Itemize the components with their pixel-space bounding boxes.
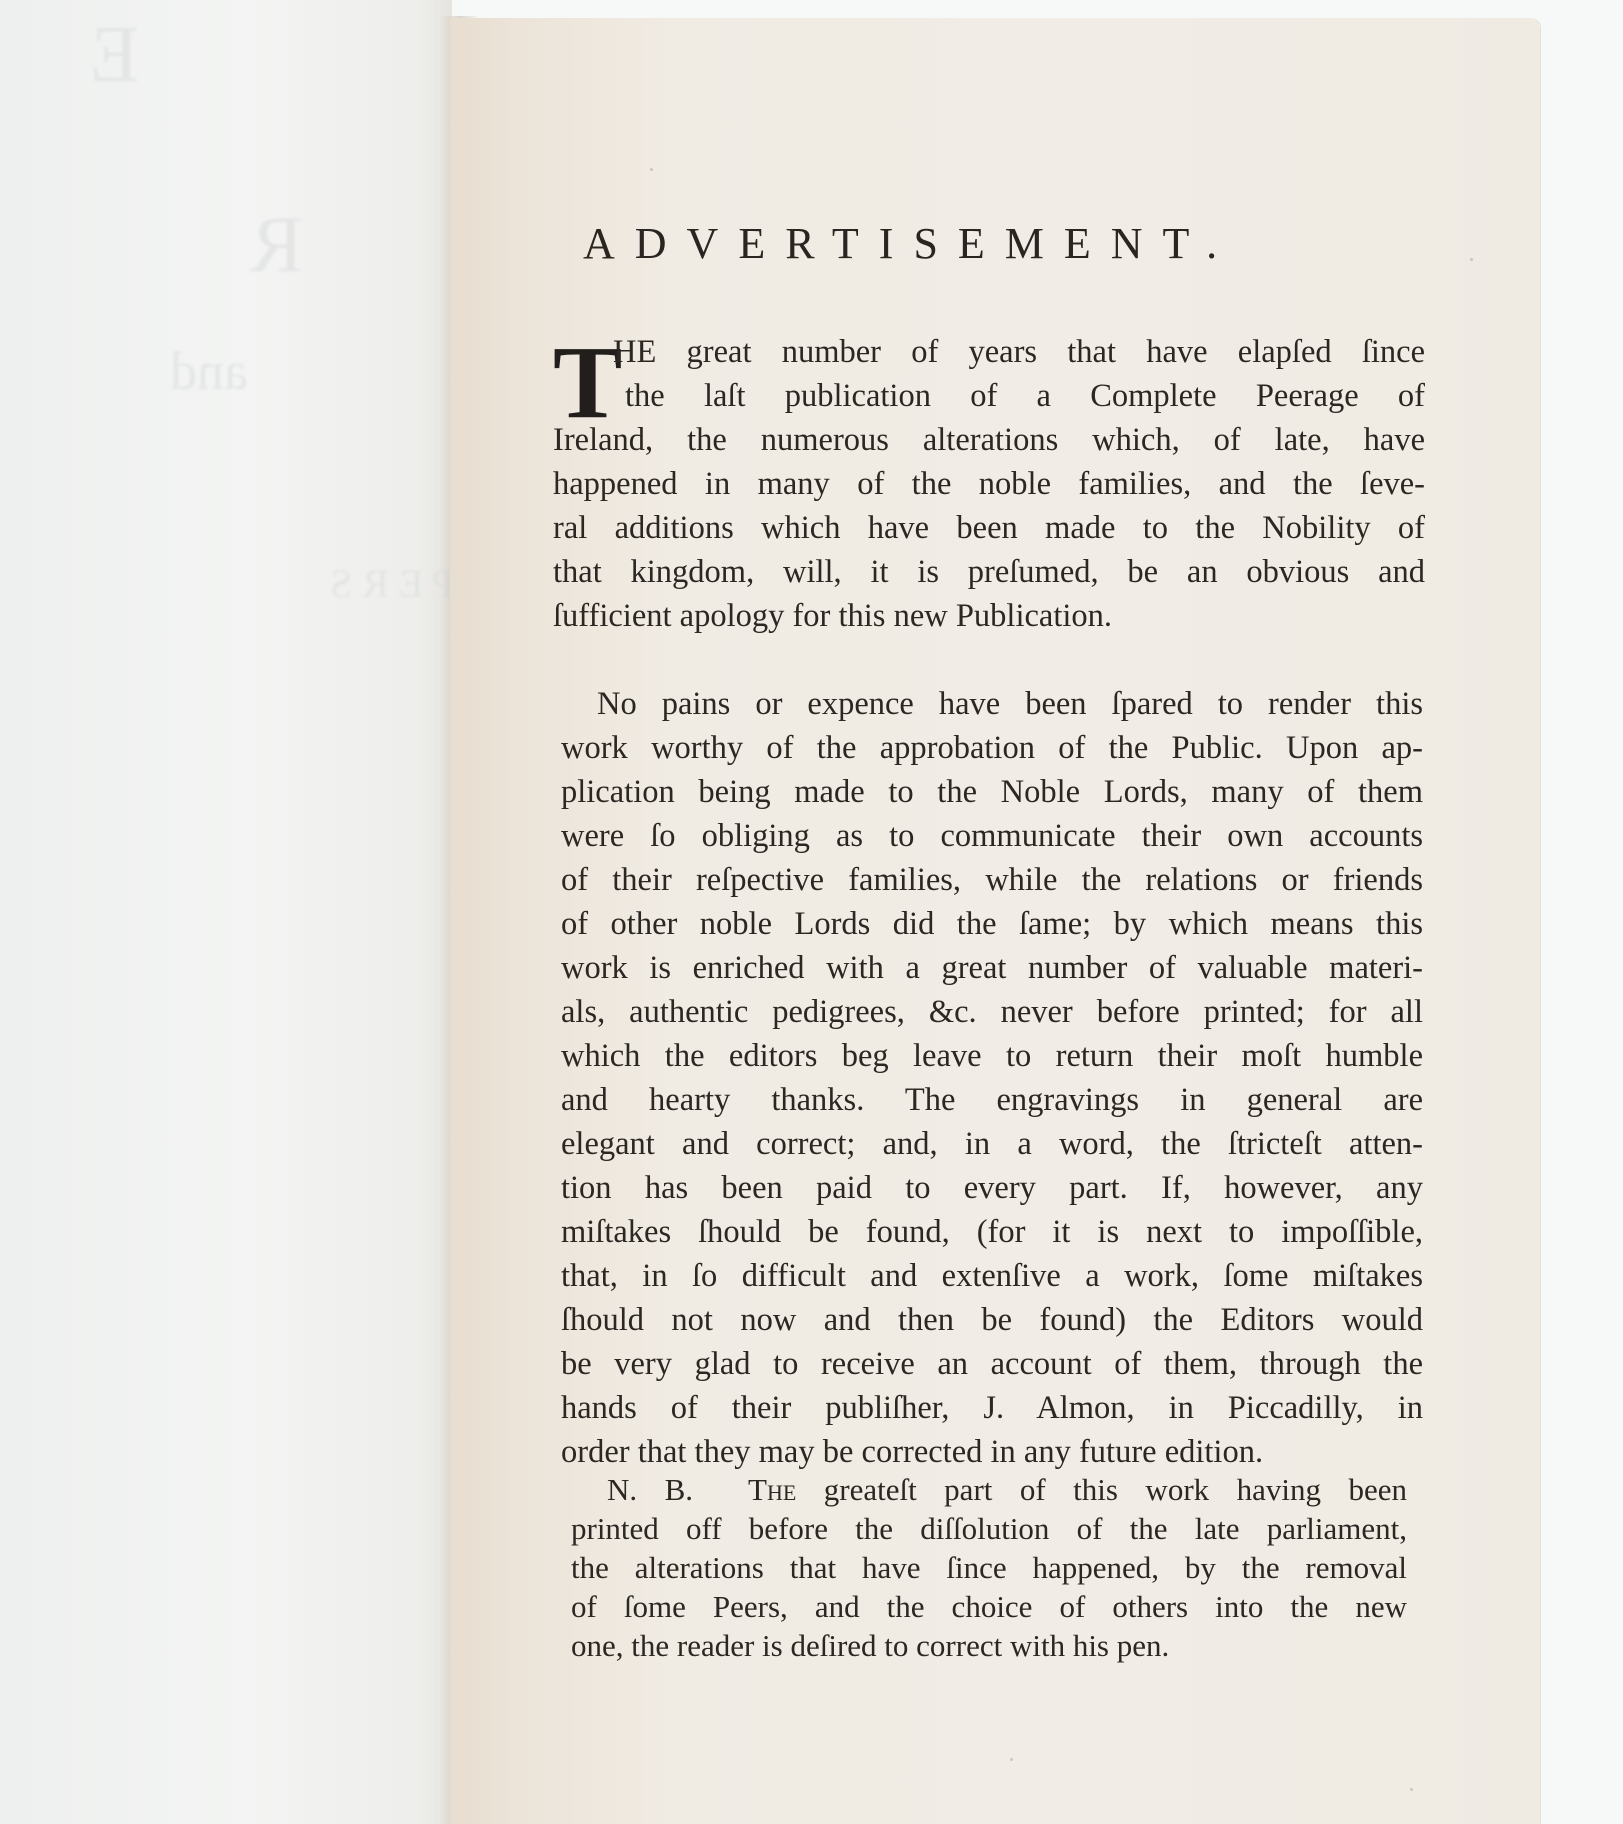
text-line: ſhould not now and then be found) the Ed… xyxy=(561,1298,1423,1342)
text-line: ral additions which have been made to th… xyxy=(553,506,1425,550)
text-line: of their reſpective families, while the … xyxy=(561,858,1423,902)
text-line: that, in ſo difficult and extenſive a wo… xyxy=(561,1254,1423,1298)
text-line: N. B. The greateſt part of this work hav… xyxy=(571,1470,1407,1509)
text-line: plication being made to the Noble Lords,… xyxy=(561,770,1423,814)
text-line: elegant and correct; and, in a word, the… xyxy=(561,1122,1423,1166)
show-through-text: P E R S xyxy=(330,560,454,607)
text-line: be very glad to receive an account of th… xyxy=(561,1342,1423,1386)
text-line-rest: greateſt part of this work having been xyxy=(824,1472,1407,1507)
text-line: were ſo obliging as to communicate their… xyxy=(561,814,1423,858)
text-line: miſtakes ſhould be found, (for it is nex… xyxy=(561,1210,1423,1254)
lead-word: The xyxy=(748,1472,796,1507)
show-through-text: and xyxy=(170,340,248,402)
paper-speck xyxy=(1470,258,1473,261)
text-line: one, the reader is deſired to correct wi… xyxy=(571,1626,1407,1665)
paragraph-intro: HE great number of years that have elapſ… xyxy=(553,330,1425,638)
text-line: tion has been paid to every part. If, ho… xyxy=(561,1166,1423,1210)
left-facing-page: E R and P E R S xyxy=(0,0,452,1824)
text-line: the laſt publication of a Complete Peera… xyxy=(553,374,1425,418)
nota-bene-note: N. B. The greateſt part of this work hav… xyxy=(571,1470,1407,1665)
paper-speck xyxy=(1010,1758,1013,1761)
text-line: HE great number of years that have elapſ… xyxy=(553,330,1425,374)
show-through-text: R xyxy=(250,200,303,291)
paper-speck xyxy=(650,168,653,171)
text-line: hands of their publiſher, J. Almon, in P… xyxy=(561,1386,1423,1430)
page-title: ADVERTISEMENT. xyxy=(583,218,1237,269)
text-line: order that they may be corrected in any … xyxy=(561,1430,1423,1474)
text-line: the alterations that have ſince happened… xyxy=(571,1548,1407,1587)
text-line: and hearty thanks. The engravings in gen… xyxy=(561,1078,1423,1122)
nb-label: N. B. xyxy=(607,1472,693,1507)
text-line: work is enriched with a great number of … xyxy=(561,946,1423,990)
text-line: ſufficient apology for this new Publicat… xyxy=(553,594,1425,638)
text-line: of other noble Lords did the ſame; by wh… xyxy=(561,902,1423,946)
paragraph-acknowledgements: No pains or expence have been ſpared to … xyxy=(561,682,1423,1474)
text-line: happened in many of the noble families, … xyxy=(553,462,1425,506)
text-line: Ireland, the numerous alterations which,… xyxy=(553,418,1425,462)
text-line: als, authentic pedigrees, &c. never befo… xyxy=(561,990,1423,1034)
show-through-text: E xyxy=(90,10,139,101)
text-line: No pains or expence have been ſpared to … xyxy=(561,682,1423,726)
text-line: of ſome Peers, and the choice of others … xyxy=(571,1587,1407,1626)
text-line: work worthy of the approbation of the Pu… xyxy=(561,726,1423,770)
text-line: printed off before the diſſolution of th… xyxy=(571,1509,1407,1548)
paper-speck xyxy=(1410,1788,1413,1791)
text-line: which the editors beg leave to return th… xyxy=(561,1034,1423,1078)
text-line: that kingdom, will, it is preſumed, be a… xyxy=(553,550,1425,594)
right-page: ADVERTISEMENT. T HE great number of year… xyxy=(450,18,1540,1824)
